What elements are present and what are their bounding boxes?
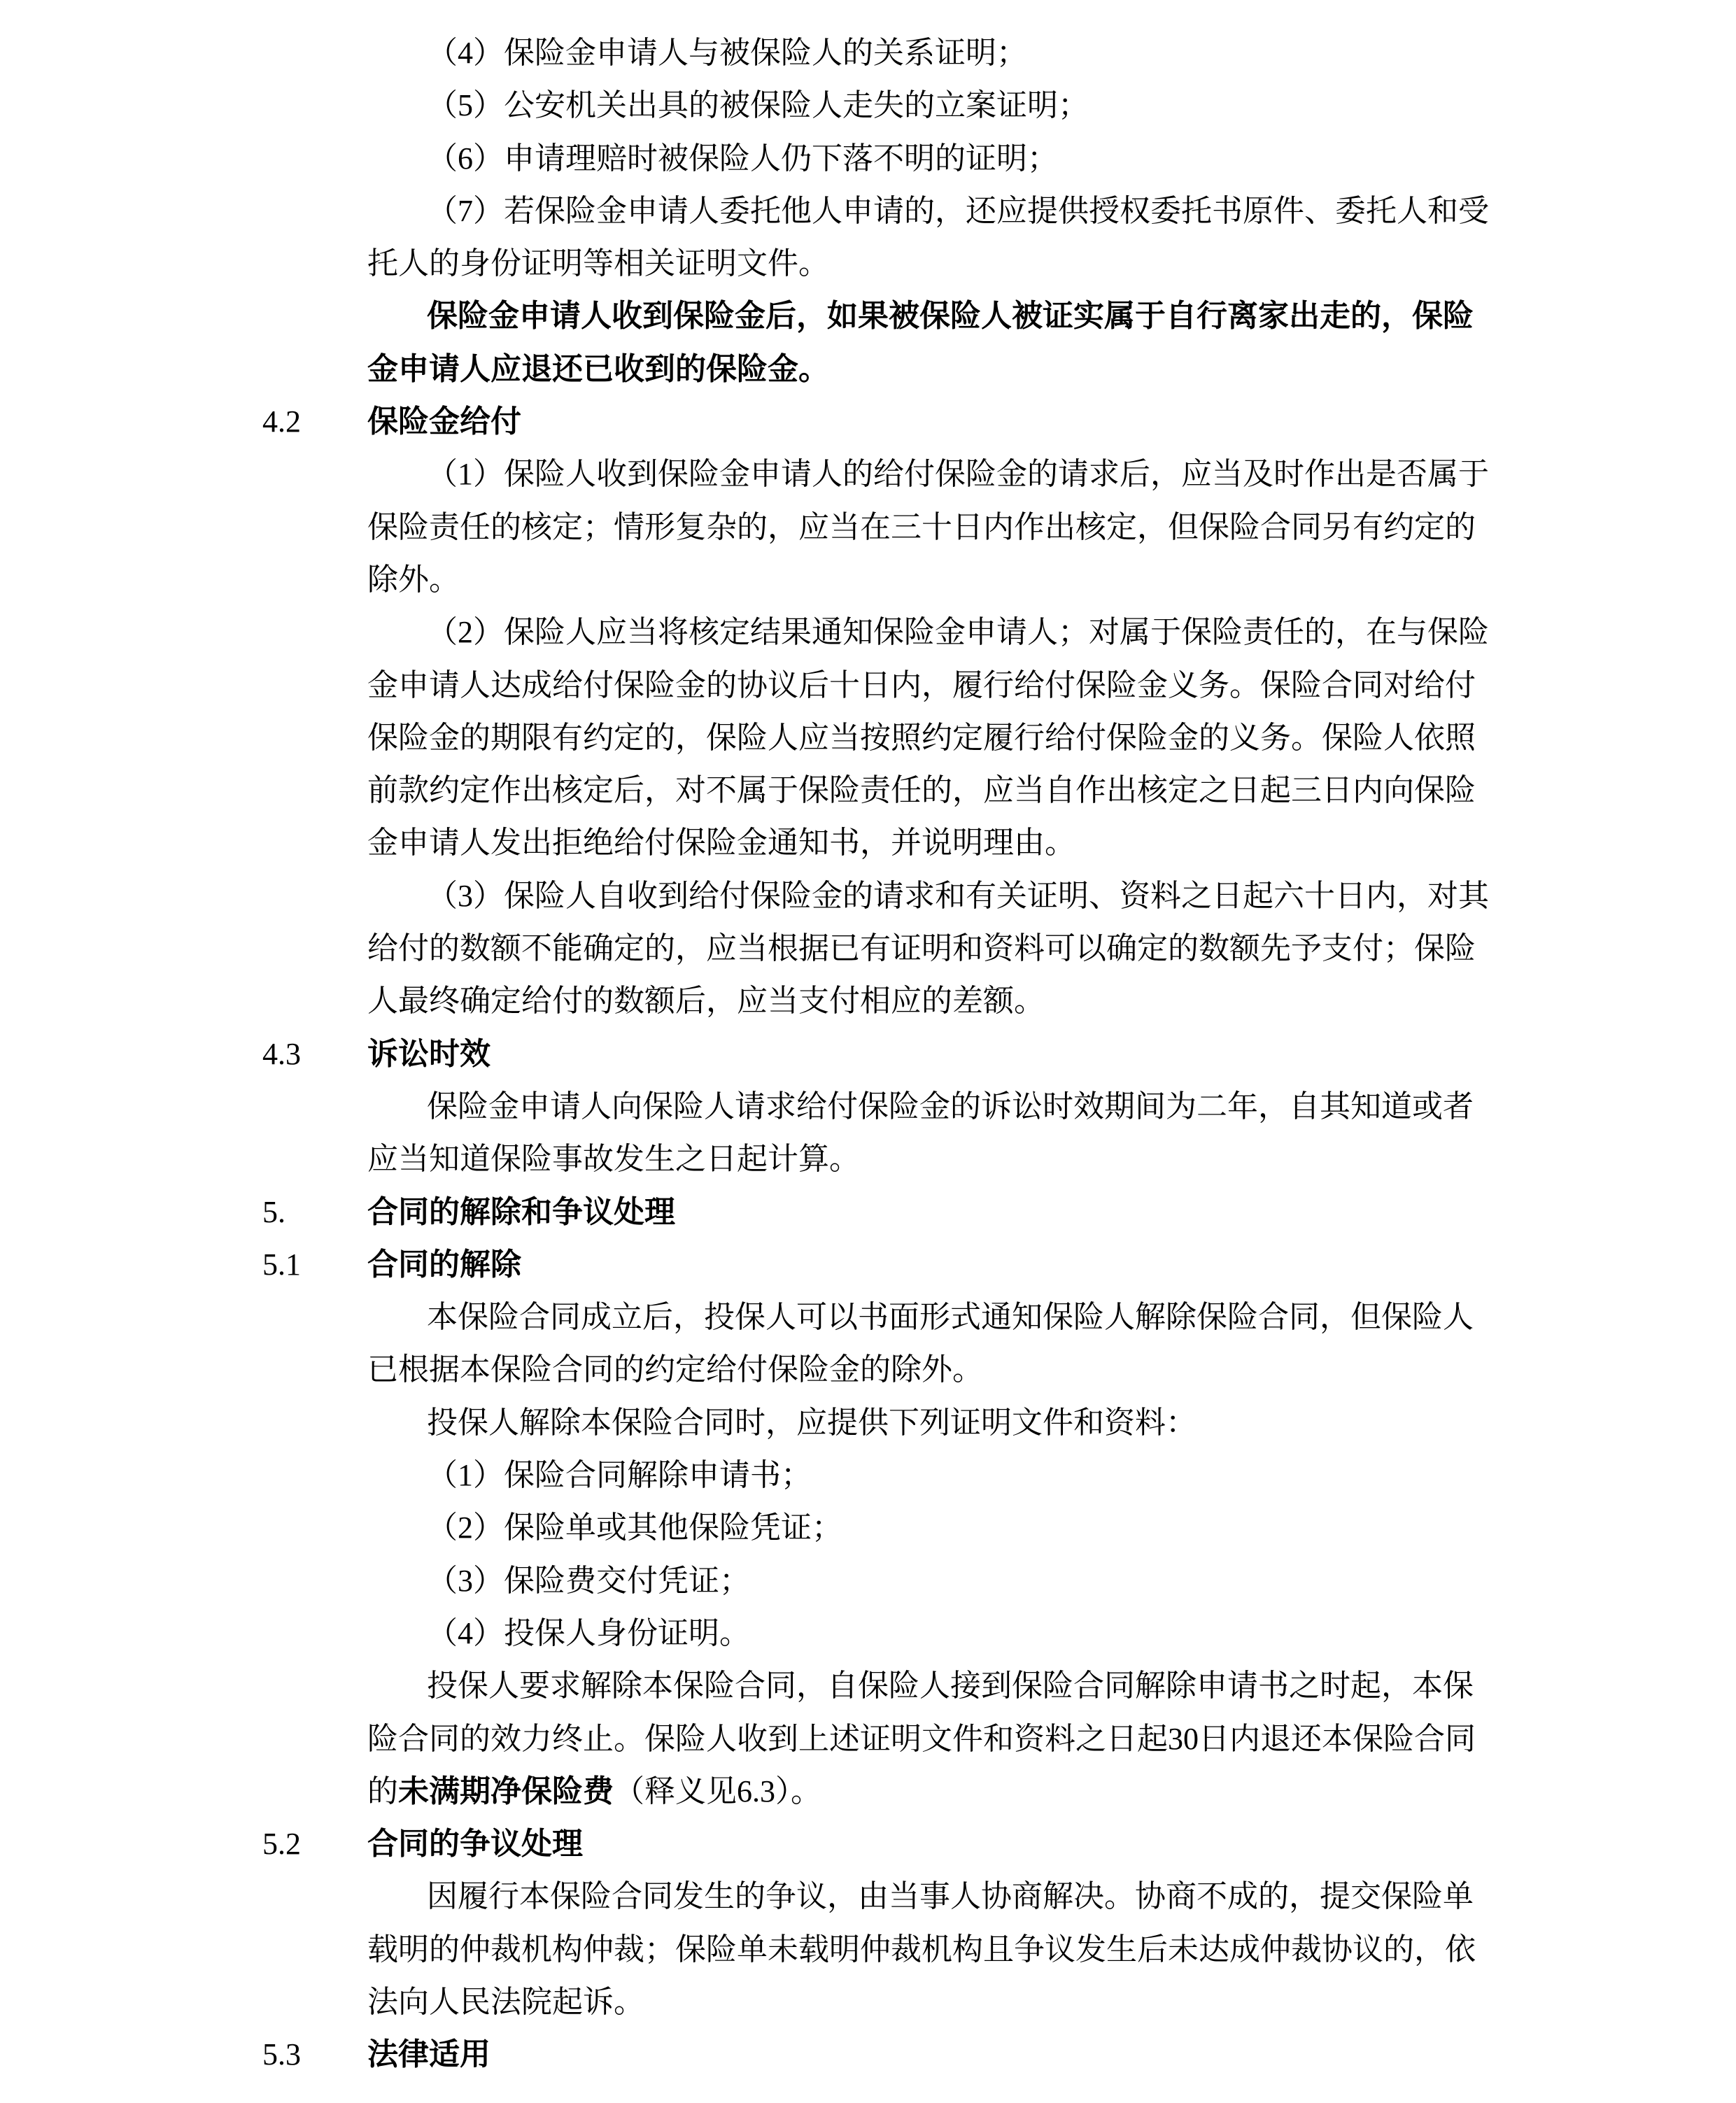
section-number: 4.2 xyxy=(262,395,367,448)
document-content: （4）保险金申请人与被保险人的关系证明；（5）公安机关出具的被保险人走失的立案证… xyxy=(0,27,1736,2081)
text-run: 本保险合同成立后，投保人可以书面形式通知保险人解除保险合同，但保险人 xyxy=(427,1300,1474,1334)
text-run: （5）公安机关出具的被保险人走失的立案证明； xyxy=(427,88,1089,122)
text-run: 除外。 xyxy=(367,562,460,597)
text-run: 因履行本保险合同发生的争议，由当事人协商解决。协商不成的，提交保险单 xyxy=(427,1879,1474,1913)
text-run: 托人的身份证明等相关证明文件。 xyxy=(367,246,829,281)
text-run: 保险金的期限有约定的，保险人应当按照约定履行给付保险金的义务。保险人依照 xyxy=(367,721,1476,755)
text-line: 投保人要求解除本保险合同，自保险人接到保险合同解除申请书之时起，本保 xyxy=(427,1659,1473,1712)
text-run: 应当知道保险事故发生之日起计算。 xyxy=(367,1142,860,1176)
text-line: 托人的身份证明等相关证明文件。 xyxy=(367,237,1473,290)
section-number: 5.3 xyxy=(262,2028,367,2081)
text-line: 保险金的期限有约定的，保险人应当按照约定履行给付保险金的义务。保险人依照 xyxy=(367,711,1473,764)
text-line: 法向人民法院起诉。 xyxy=(367,1976,1473,2028)
text-run: （1）保险人收到保险金申请人的给付保险金的请求后，应当及时作出是否属于 xyxy=(427,457,1489,491)
text-run: （释义见6.3）。 xyxy=(614,1774,821,1808)
text-run: （1）保险合同解除申请书； xyxy=(427,1458,812,1492)
section-number: 5.2 xyxy=(262,1818,367,1870)
section-title: 合同的争议处理 xyxy=(367,1827,583,1861)
text-line: 本保险合同成立后，投保人可以书面形式通知保险人解除保险合同，但保险人 xyxy=(427,1291,1473,1343)
text-run: （4）保险金申请人与被保险人的关系证明； xyxy=(427,36,1027,70)
text-line: 应当知道保险事故发生之日起计算。 xyxy=(367,1133,1473,1185)
text-line: 投保人解除本保险合同时，应提供下列证明文件和资料： xyxy=(427,1396,1473,1449)
text-run: （6）申请理赔时被保险人仍下落不明的证明； xyxy=(427,141,1058,176)
text-line: 金申请人发出拒绝给付保险金通知书，并说明理由。 xyxy=(367,816,1473,869)
text-run: 前款约定作出核定后，对不属于保险责任的，应当自作出核定之日起三日内向保险 xyxy=(367,773,1476,807)
section-heading: 5.3法律适用 xyxy=(262,2028,1473,2081)
section-title: 保险金给付 xyxy=(367,404,521,439)
text-line: 保险金申请人向保险人请求给付保险金的诉讼时效期间为二年，自其知道或者 xyxy=(427,1080,1473,1133)
text-line: （1）保险合同解除申请书； xyxy=(427,1449,1473,1501)
text-run: 金申请人发出拒绝给付保险金通知书，并说明理由。 xyxy=(367,826,1075,860)
text-line: 金申请人达成给付保险金的协议后十日内，履行给付保险金义务。保险合同对给付 xyxy=(367,659,1473,711)
section-title: 诉讼时效 xyxy=(367,1037,491,1071)
text-line: 保险金申请人收到保险金后，如果被保险人被证实属于自行离家出走的，保险 xyxy=(427,290,1473,342)
text-line: 因履行本保险合同发生的争议，由当事人协商解决。协商不成的，提交保险单 xyxy=(427,1870,1473,1923)
text-run: 投保人要求解除本保险合同，自保险人接到保险合同解除申请书之时起，本保 xyxy=(427,1669,1474,1703)
text-line: 保险责任的核定；情形复杂的，应当在三十日内作出核定，但保险合同另有约定的 xyxy=(367,501,1473,553)
text-line: 的未满期净保险费（释义见6.3）。 xyxy=(367,1765,1473,1818)
text-run: 人最终确定给付的数额后，应当支付相应的差额。 xyxy=(367,984,1045,1018)
section-heading: 4.2保险金给付 xyxy=(262,395,1473,448)
section-number: 5. xyxy=(262,1186,367,1238)
section-title: 合同的解除 xyxy=(367,1247,521,1282)
section-number: 4.3 xyxy=(262,1028,367,1080)
bold-text-run: 未满期净保险费 xyxy=(398,1774,614,1808)
text-line: 险合同的效力终止。保险人收到上述证明文件和资料之日起30日内退还本保险合同 xyxy=(367,1713,1473,1765)
text-line: （7）若保险金申请人委托他人申请的，还应提供授权委托书原件、委托人和受 xyxy=(427,185,1473,237)
text-run: 投保人解除本保险合同时，应提供下列证明文件和资料： xyxy=(427,1405,1197,1440)
text-line: （5）公安机关出具的被保险人走失的立案证明； xyxy=(427,79,1473,132)
text-run: 的 xyxy=(367,1774,398,1808)
text-line: 前款约定作出核定后，对不属于保险责任的，应当自作出核定之日起三日内向保险 xyxy=(367,764,1473,816)
text-run: （7）若保险金申请人委托他人申请的，还应提供授权委托书原件、委托人和受 xyxy=(427,194,1489,228)
text-line: 人最终确定给付的数额后，应当支付相应的差额。 xyxy=(367,975,1473,1027)
text-line: （1）保险人收到保险金申请人的给付保险金的请求后，应当及时作出是否属于 xyxy=(427,448,1473,500)
text-run: 已根据本保险合同的约定给付保险金的除外。 xyxy=(367,1352,983,1387)
text-run: （3）保险费交付凭证； xyxy=(427,1564,750,1598)
text-run: （2）保险单或其他保险凭证； xyxy=(427,1510,842,1545)
text-line: （2）保险单或其他保险凭证； xyxy=(427,1501,1473,1554)
document-page: （4）保险金申请人与被保险人的关系证明；（5）公安机关出具的被保险人走失的立案证… xyxy=(0,0,1736,2103)
section-heading: 5.1合同的解除 xyxy=(262,1238,1473,1291)
text-line: （2）保险人应当将核定结果通知保险金申请人；对属于保险责任的，在与保险 xyxy=(427,606,1473,658)
text-line: 除外。 xyxy=(367,553,1473,606)
text-run: 载明的仲裁机构仲裁；保险单未载明仲裁机构且争议发生后未达成仲裁协议的，依 xyxy=(367,1932,1476,1967)
text-run: 金申请人达成给付保险金的协议后十日内，履行给付保险金义务。保险合同对给付 xyxy=(367,668,1476,702)
text-run: 保险金申请人收到保险金后，如果被保险人被证实属于自行离家出走的，保险 xyxy=(427,299,1474,333)
text-line: （6）申请理赔时被保险人仍下落不明的证明； xyxy=(427,132,1473,185)
section-title: 法律适用 xyxy=(367,2037,491,2072)
text-line: （4）投保人身份证明。 xyxy=(427,1607,1473,1659)
text-line: （4）保险金申请人与被保险人的关系证明； xyxy=(427,27,1473,79)
section-number: 5.1 xyxy=(262,1238,367,1291)
text-run: 险合同的效力终止。保险人收到上述证明文件和资料之日起30日内退还本保险合同 xyxy=(367,1722,1476,1756)
text-line: （3）保险费交付凭证； xyxy=(427,1555,1473,1607)
text-run: 金申请人应退还已收到的保险金。 xyxy=(367,352,829,386)
text-run: 保险责任的核定；情形复杂的，应当在三十日内作出核定，但保险合同另有约定的 xyxy=(367,510,1476,544)
text-run: 法向人民法院起诉。 xyxy=(367,1985,644,2019)
text-run: 保险金申请人向保险人请求给付保险金的诉讼时效期间为二年，自其知道或者 xyxy=(427,1089,1474,1124)
text-line: 给付的数额不能确定的，应当根据已有证明和资料可以确定的数额先予支付；保险 xyxy=(367,922,1473,975)
text-line: （3）保险人自收到给付保险金的请求和有关证明、资料之日起六十日内，对其 xyxy=(427,870,1473,922)
section-heading: 4.3诉讼时效 xyxy=(262,1028,1473,1080)
text-run: （4）投保人身份证明。 xyxy=(427,1616,750,1650)
section-title: 合同的解除和争议处理 xyxy=(367,1195,675,1229)
text-run: （3）保险人自收到给付保险金的请求和有关证明、资料之日起六十日内，对其 xyxy=(427,879,1489,913)
text-line: 载明的仲裁机构仲裁；保险单未载明仲裁机构且争议发生后未达成仲裁协议的，依 xyxy=(367,1923,1473,1976)
section-heading: 5.2合同的争议处理 xyxy=(262,1818,1473,1870)
section-heading: 5.合同的解除和争议处理 xyxy=(262,1186,1473,1238)
text-run: （2）保险人应当将核定结果通知保险金申请人；对属于保险责任的，在与保险 xyxy=(427,615,1489,649)
text-run: 给付的数额不能确定的，应当根据已有证明和资料可以确定的数额先予支付；保险 xyxy=(367,931,1476,965)
text-line: 已根据本保险合同的约定给付保险金的除外。 xyxy=(367,1343,1473,1396)
text-line: 金申请人应退还已收到的保险金。 xyxy=(367,343,1473,395)
